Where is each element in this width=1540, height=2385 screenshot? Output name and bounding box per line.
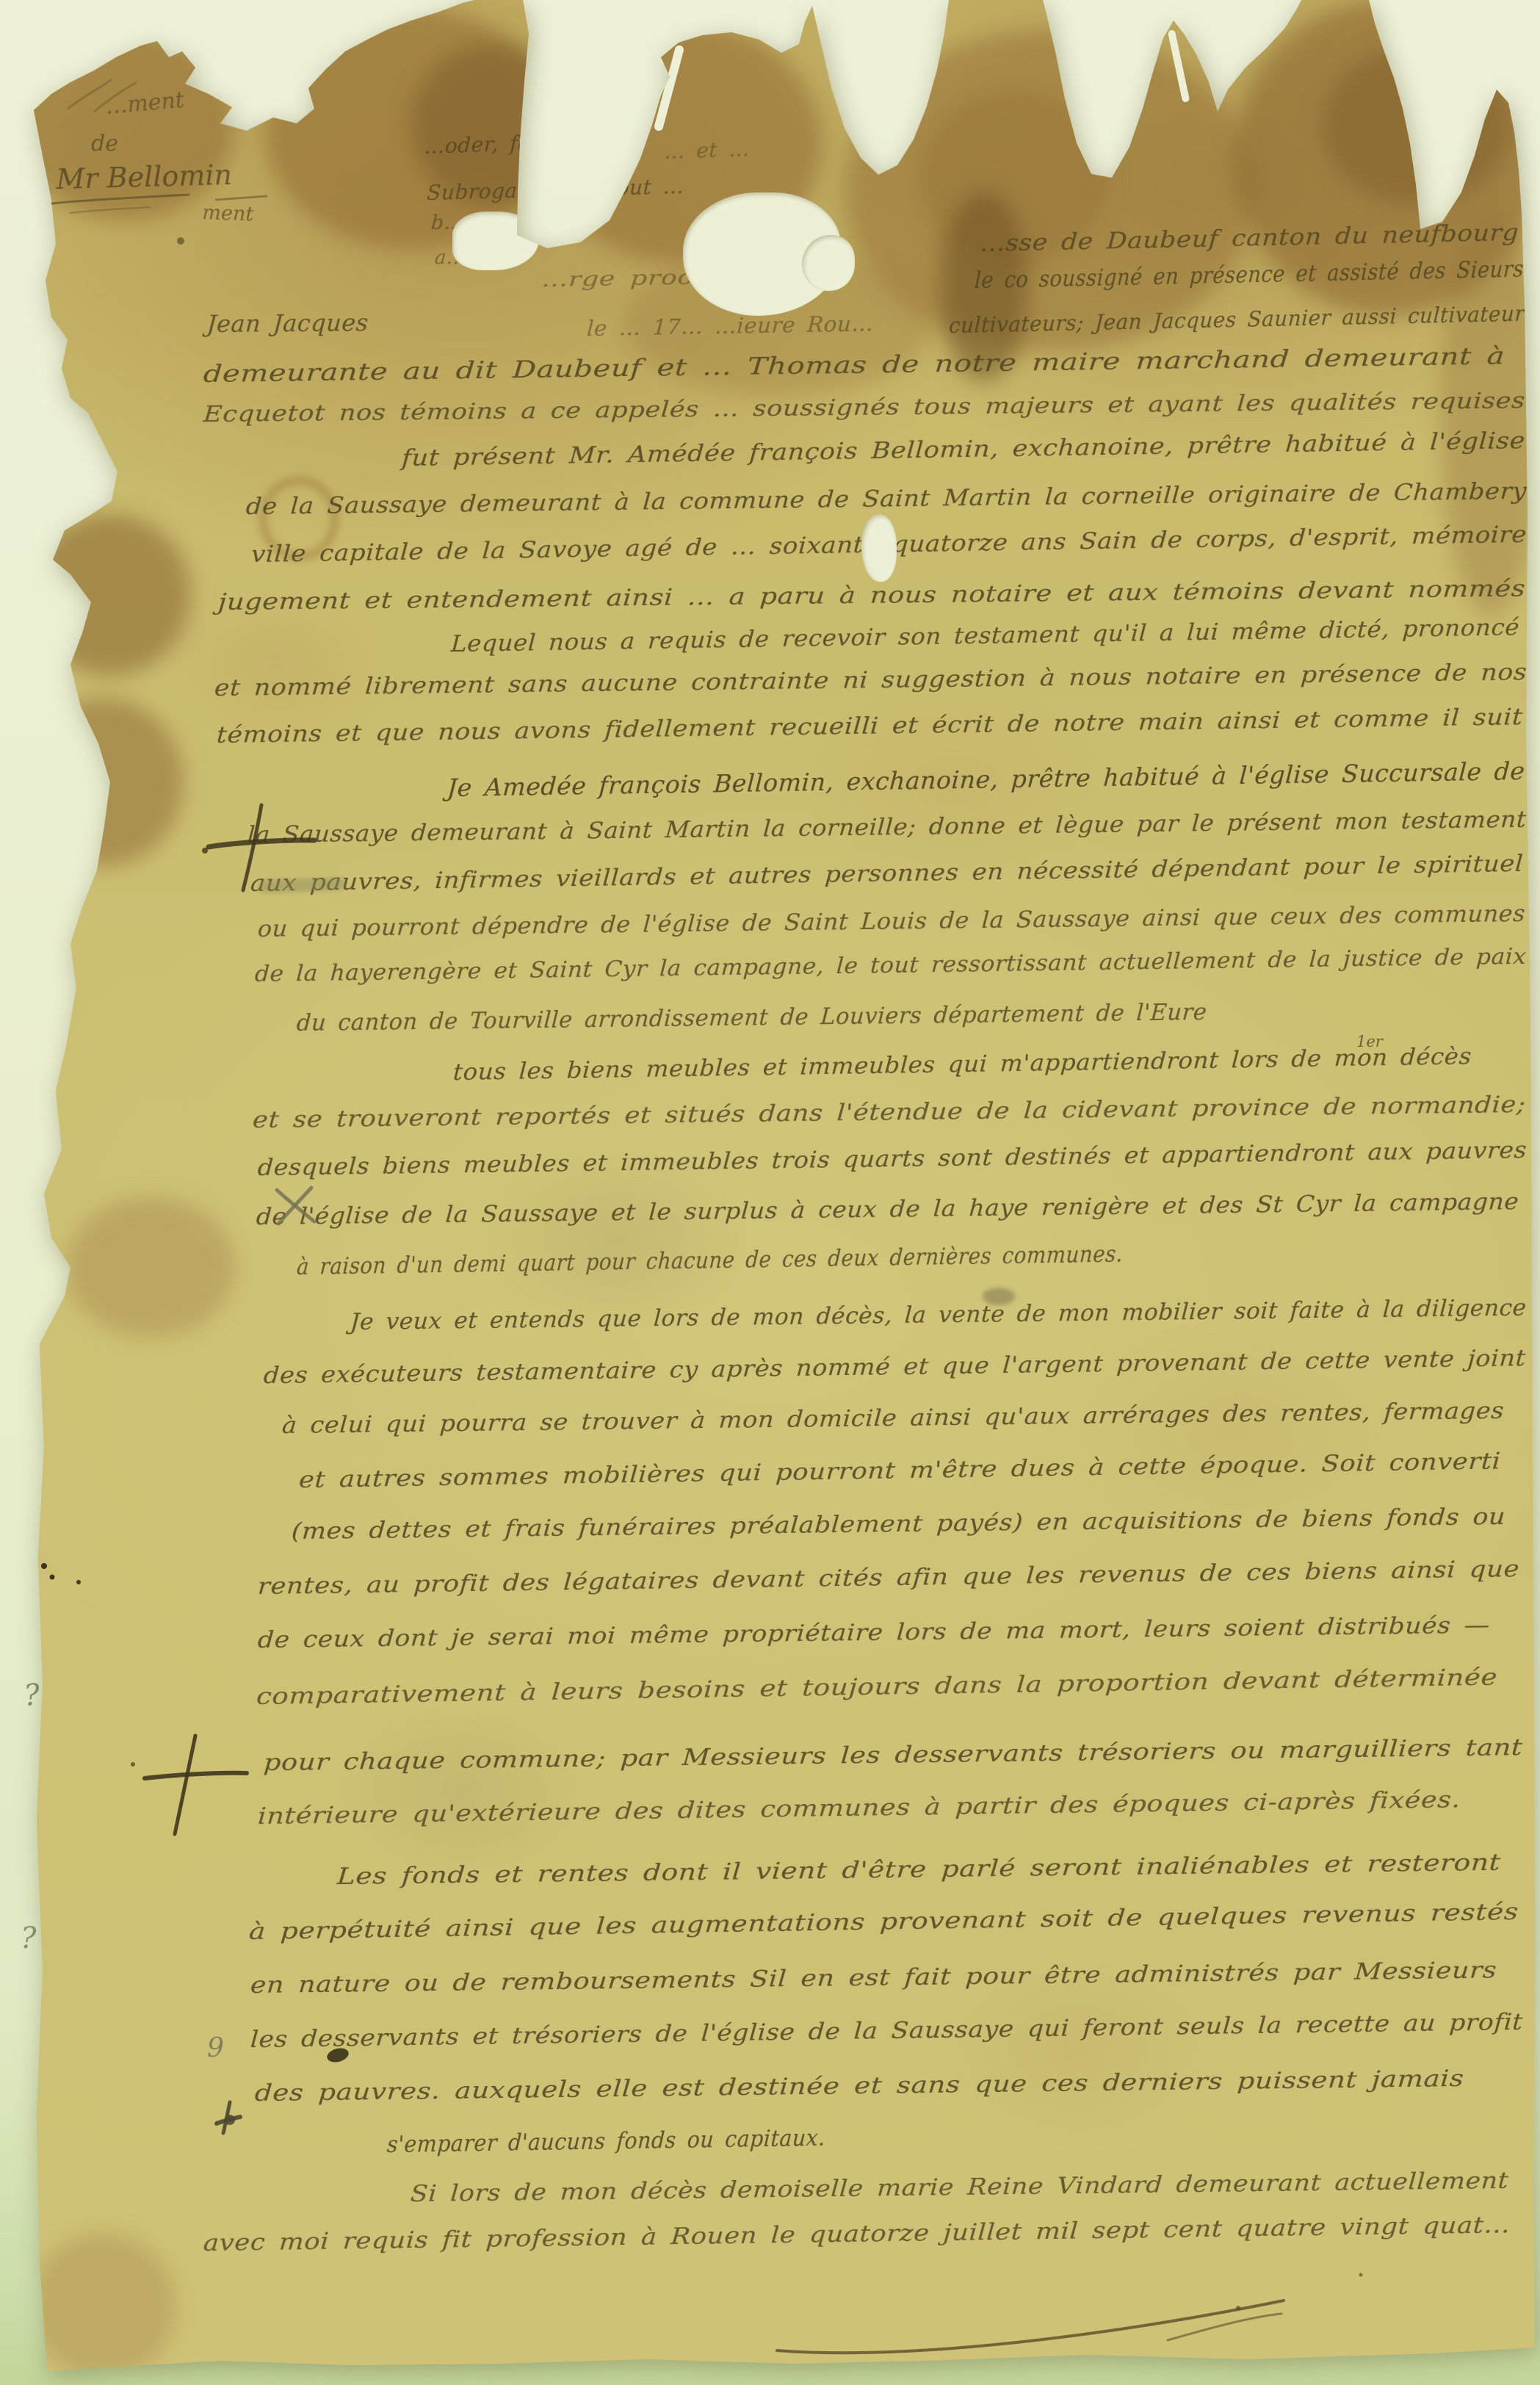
manuscript-line: intérieure qu'extérieure des dites commu… [257,1786,1461,1830]
manuscript-line: Ecquetot nos témoins a ce appelés … sous… [203,388,1526,427]
manuscript-line: et se trouveront reportés et situés dans… [252,1092,1527,1133]
manuscript-line: témoins et que nous avons fidellement re… [216,704,1524,748]
manuscript-line: fut présent Mr. Amédée françois Bellomin… [401,427,1526,472]
manuscript-line: ou qui pourront dépendre de l'église de … [257,901,1526,942]
manuscript-line: à raison d'un demi quart pour chacune de… [296,1241,1124,1280]
manuscript-line: à perpétuité ainsi que les augmentations… [248,1899,1519,1945]
manuscript-line: Jean Jacques [206,309,369,338]
manuscript-line: le co soussigné en présence et assisté d… [974,256,1525,294]
document-scan: …ment de Mr Bellomin ment 1er …oder, fai… [0,0,1540,2385]
manuscript-line: de la Saussaye demeurant à la commune de… [245,478,1528,520]
manuscript-line: pour chaque commune; par Messieurs les d… [263,1734,1524,1776]
manuscript-line: des pauvres. auxquels elle est destinée … [254,2065,1465,2107]
manuscript-line: des exécuteurs testamentaire cy après no… [263,1345,1527,1389]
manuscript-line: …rge proc e d… [541,264,784,292]
manuscript-line: du canton de Tourville arrondissement de… [296,999,1208,1036]
handwriting-layer: …ment de Mr Bellomin ment 1er …oder, fai… [0,0,1540,2385]
manuscript-line: Subrogation de tout … [427,174,685,205]
manuscript-line: à celui qui pourra se trouver à mon domi… [281,1398,1505,1439]
manuscript-line: avec moi requis fit profession à Rouen l… [203,2212,1511,2256]
manuscript-line: b… [430,212,465,234]
manuscript-line: aux pauvres, infirmes vieillards et autr… [250,851,1524,897]
margin-note-owner-name: Mr Bellomin [56,159,232,195]
manuscript-line: a… [434,247,467,269]
manuscript-line: cultivateurs; Jean Jacques Saunier aussi… [948,301,1525,338]
manuscript-line: ville capitale de la Savoye agé de … soi… [250,522,1528,568]
paper-sheet: …ment de Mr Bellomin ment 1er …oder, fai… [0,0,1540,2385]
manuscript-line: … et … [664,137,751,164]
manuscript-line: rentes, au profit des légataires devant … [257,1556,1520,1600]
manuscript-line: tous les biens meubles et immeubles qui … [452,1043,1472,1086]
manuscript-line: Je Amedée françois Bellomin, exchanoine,… [447,757,1526,802]
manuscript-line: (mes dettes et frais funéraires préalabl… [291,1504,1506,1545]
manuscript-line: …sse de Daubeuf canton du neufbourg [979,220,1519,257]
manuscript-line: …oder, faire ou … [424,127,631,159]
manuscript-line: de l'église de la Saussaye et le surplus… [256,1188,1520,1230]
margin-note-de: de [91,131,118,156]
manuscript-line: le … 17… …ieure Rou… [586,311,874,341]
manuscript-line: de la hayerengère et Saint Cyr la campag… [254,944,1527,987]
manuscript-line: et nommé librement sans aucune contraint… [214,659,1528,701]
manuscript-line: et autres sommes mobilières qui pourront… [298,1448,1501,1493]
manuscript-line: de ceux dont je serai moi même propriéta… [257,1612,1491,1653]
manuscript-line: Je veux et entends que lors de mon décès… [350,1294,1528,1335]
manuscript-line: la Saussaye demeurant à Saint Martin la … [247,807,1528,848]
manuscript-line: en nature ou de remboursements Sil en es… [250,1957,1497,1999]
manuscript-line: desquels biens meubles et immeubles troi… [257,1137,1528,1181]
manuscript-line: Si lors de mon décès demoiselle marie Re… [410,2168,1509,2207]
margin-note-fragment-2: ment [202,201,254,225]
manuscript-line: les desservants et trésoriers de l'églis… [250,2009,1524,2053]
manuscript-line: jugement et entendement ainsi … a paru à… [217,575,1526,616]
manuscript-line: Les fonds et rentes dont il vient d'être… [336,1850,1501,1890]
manuscript-line: comparativement à leurs besoins et toujo… [256,1664,1498,1710]
manuscript-line: s'emparer d'aucuns fonds ou capitaux. [386,2125,826,2158]
manuscript-line: demeurante au dit Daubeuf et … Thomas de… [203,342,1505,388]
manuscript-line: Lequel nous a requis de recevoir son tes… [450,614,1520,657]
margin-note-fragment: …ment [104,87,185,120]
manuscript-paper: …ment de Mr Bellomin ment 1er …oder, fai… [0,0,1540,2385]
